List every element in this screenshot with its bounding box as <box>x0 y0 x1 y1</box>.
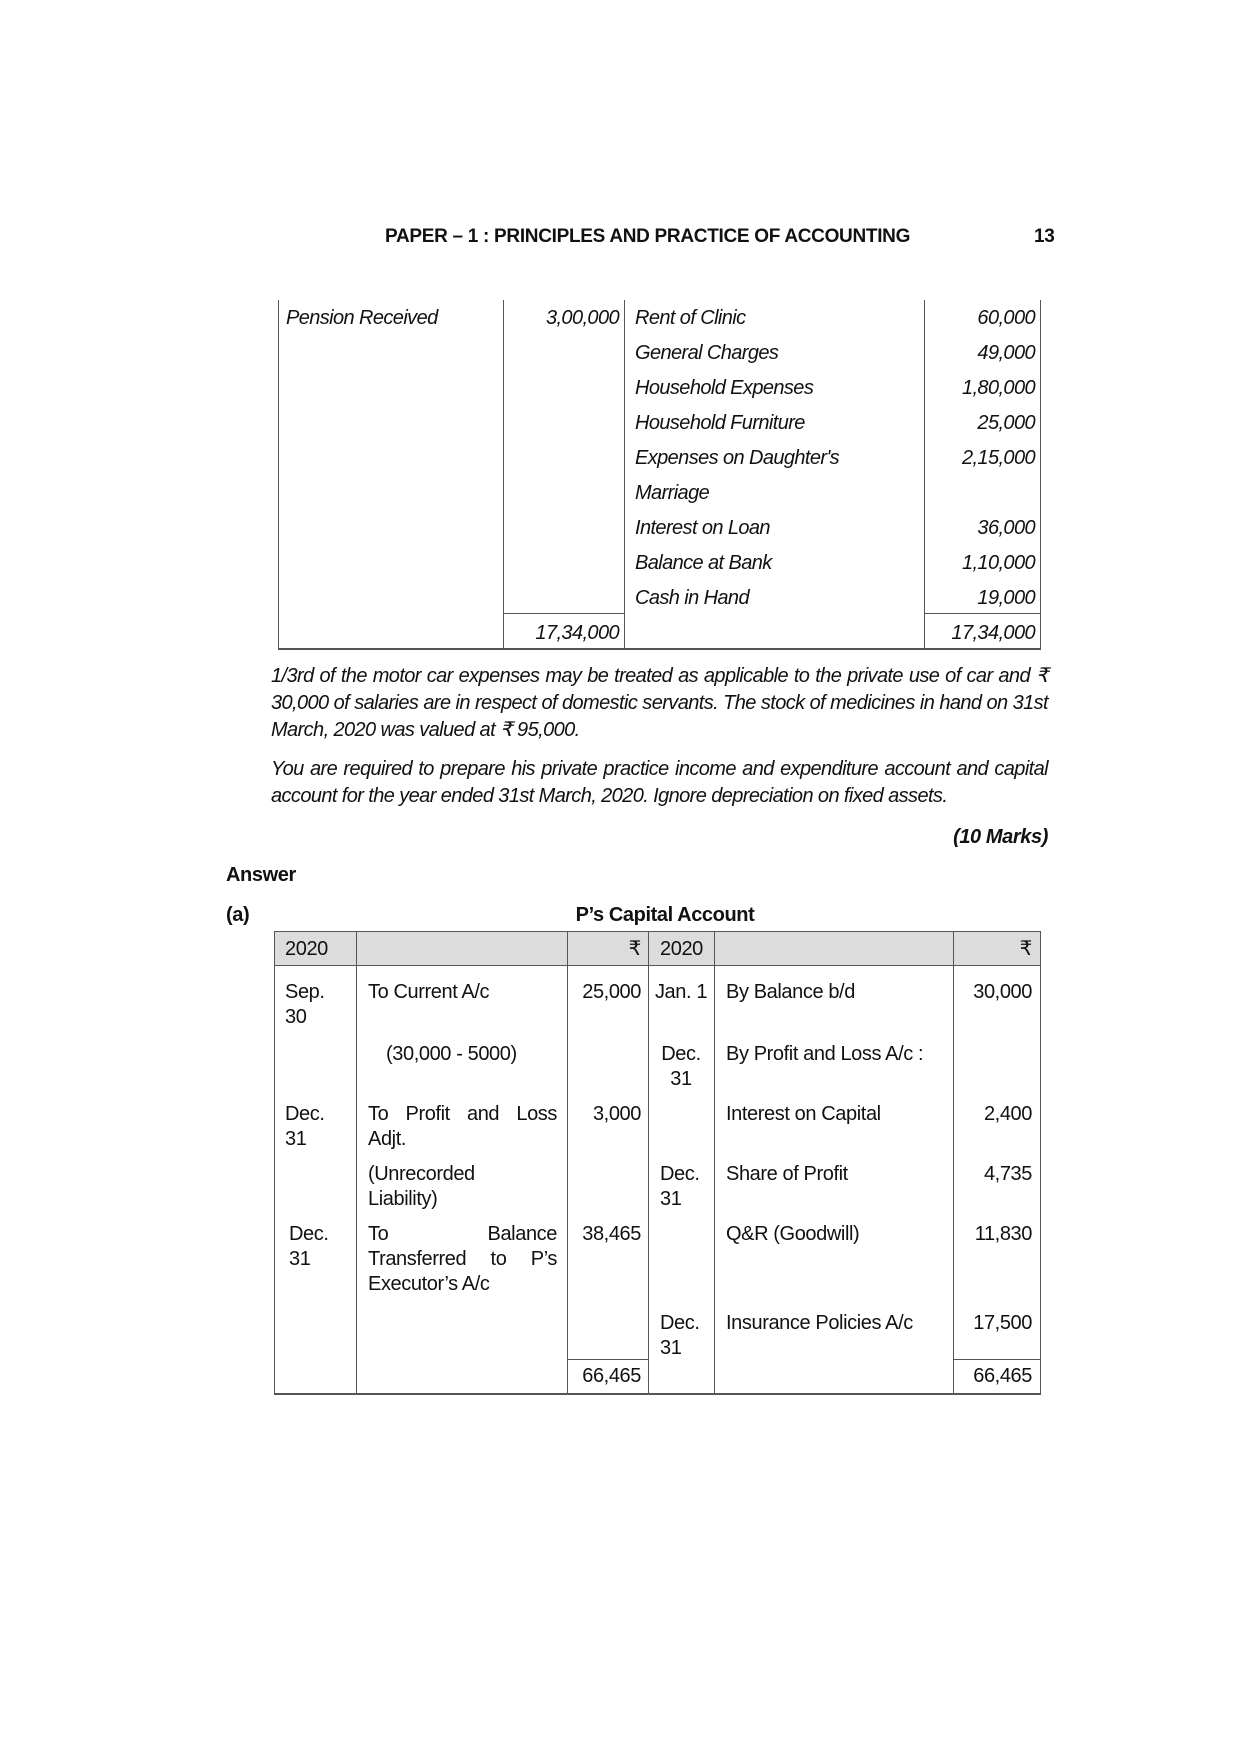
running-header-title: PAPER – 1 : PRINCIPLES AND PRACTICE OF A… <box>385 226 910 248</box>
cr-amount: 17,500 <box>955 1311 1032 1336</box>
credit-total-rule <box>953 1359 1041 1360</box>
payment-label: Expenses on Daughter's <box>635 447 839 470</box>
note-paragraph-2: You are required to prepare his private … <box>271 756 1048 810</box>
header-cr-year: 2020 <box>660 937 703 962</box>
table-border-right <box>1040 300 1041 648</box>
payment-amount: 49,000 <box>926 342 1035 365</box>
dr-amount: 3,000 <box>569 1102 641 1127</box>
payment-amount: 19,000 <box>926 587 1035 610</box>
payment-amount: 1,10,000 <box>926 552 1035 575</box>
table-border-bottom <box>278 648 1041 650</box>
header-cr-currency: ₹ <box>955 937 1032 962</box>
total-rule-right <box>924 613 1041 614</box>
col-divider <box>714 931 715 1394</box>
table-col-divider <box>924 300 925 648</box>
table-header-row <box>275 932 1041 965</box>
receipts-total: 17,34,000 <box>505 622 619 645</box>
col-divider <box>953 931 954 1394</box>
payment-label: Household Furniture <box>635 412 805 435</box>
dr-amount: 25,000 <box>569 980 641 1005</box>
receipt-amount: 3,00,000 <box>505 307 619 330</box>
marks-label: (10 Marks) <box>953 826 1048 849</box>
part-label: (a) <box>226 904 249 927</box>
table-col-divider <box>624 300 625 648</box>
dr-date: Dec. 31 <box>285 1102 335 1152</box>
table-border-bottom <box>274 1393 1041 1395</box>
cr-amount: 2,400 <box>955 1102 1032 1127</box>
account-title: P’s Capital Account <box>540 904 790 927</box>
payment-label: Household Expenses <box>635 377 813 400</box>
payment-label: Rent of Clinic <box>635 307 746 330</box>
cr-amount: 4,735 <box>955 1162 1032 1187</box>
col-divider <box>567 931 568 1394</box>
page-number: 13 <box>1034 226 1055 248</box>
payments-total: 17,34,000 <box>926 622 1035 645</box>
credit-total: 66,465 <box>955 1364 1032 1389</box>
cr-particulars: Share of Profit <box>726 1162 848 1187</box>
cr-particulars: By Balance b/d <box>726 980 855 1005</box>
answer-heading: Answer <box>226 864 296 887</box>
dr-particulars: To Balance Transferred to P’s Executor’s… <box>368 1222 557 1297</box>
cr-date: Dec. 31 <box>660 1311 710 1361</box>
dr-date: Sep. 30 <box>285 980 345 1030</box>
cr-amount: 11,830 <box>955 1222 1032 1247</box>
debit-total-rule <box>567 1359 649 1360</box>
debit-total: 66,465 <box>569 1364 641 1389</box>
table-border-top <box>274 931 1041 932</box>
cr-particulars: Interest on Capital <box>726 1102 881 1127</box>
header-dr-year: 2020 <box>285 937 328 962</box>
col-divider <box>356 931 357 1394</box>
receipt-label: Pension Received <box>286 307 438 330</box>
table-col-divider <box>503 300 504 648</box>
payment-label: Cash in Hand <box>635 587 749 610</box>
payment-amount: 60,000 <box>926 307 1035 330</box>
cr-particulars: By Profit and Loss A/c : <box>726 1042 923 1067</box>
payment-label: Marriage <box>635 482 709 505</box>
dr-amount: 38,465 <box>569 1222 641 1247</box>
dr-particulars-note: (Unrecorded Liability) <box>368 1162 518 1212</box>
payment-amount: 25,000 <box>926 412 1035 435</box>
dr-particulars: To Profit and Loss Adjt. <box>368 1102 557 1152</box>
total-rule-left <box>503 613 624 614</box>
table-border-left <box>274 931 275 1394</box>
header-rule <box>274 965 1041 966</box>
cr-particulars: Q&R (Goodwill) <box>726 1222 859 1247</box>
dr-particulars: To Current A/c <box>368 980 558 1005</box>
cr-date: Dec. 31 <box>660 1162 710 1212</box>
cr-date: Jan. 1 <box>650 980 712 1005</box>
payment-label: Balance at Bank <box>635 552 772 575</box>
table-border-right <box>1040 931 1041 1394</box>
cr-amount: 30,000 <box>955 980 1032 1005</box>
table-border-left <box>278 300 279 648</box>
col-divider <box>648 931 649 1394</box>
payment-amount: 2,15,000 <box>926 447 1035 470</box>
payment-amount: 1,80,000 <box>926 377 1035 400</box>
cr-particulars: Insurance Policies A/c <box>726 1311 913 1336</box>
payment-label: Interest on Loan <box>635 517 770 540</box>
payment-amount: 36,000 <box>926 517 1035 540</box>
cr-date: Dec. 31 <box>650 1042 712 1092</box>
note-paragraph-1: 1/3rd of the motor car expenses may be t… <box>271 663 1048 744</box>
dr-particulars-note: (30,000 - 5000) <box>386 1042 576 1067</box>
payment-label: General Charges <box>635 342 778 365</box>
header-dr-currency: ₹ <box>569 937 641 962</box>
dr-date: Dec. 31 <box>289 1222 339 1272</box>
